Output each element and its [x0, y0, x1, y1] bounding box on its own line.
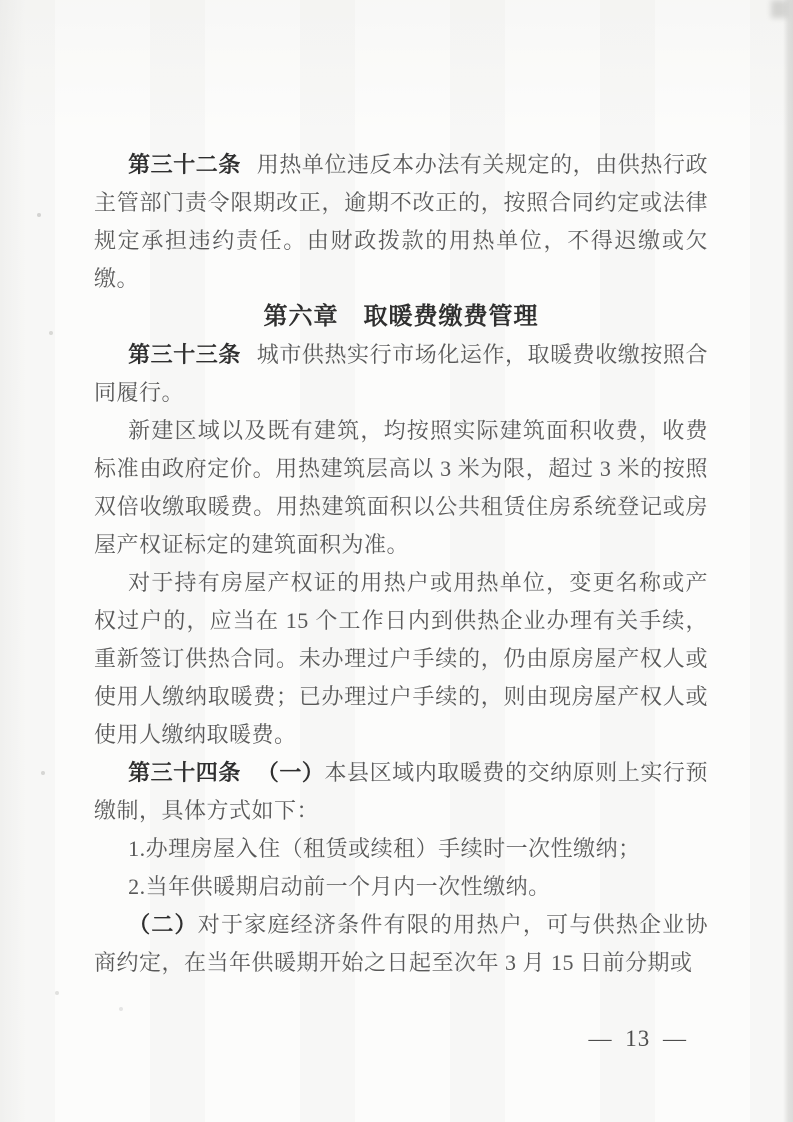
document-body: 第三十二条用热单位违反本办法有关规定的，由供热行政主管部门责令限期改正，逾期不改… [94, 146, 708, 982]
article-number: 第三十二条 [128, 152, 257, 177]
paragraph-text: 2.当年供暖期启动前一个月内一次性缴纳。 [128, 874, 551, 899]
chapter-heading: 第六章 取暖费缴费管理 [94, 298, 708, 336]
scan-noise-specks [0, 0, 2, 2]
scan-corner-artifact [771, 0, 787, 18]
scan-right-edge-shade [783, 0, 793, 1122]
paragraph-text: 1.办理房屋入住（租赁或续租）手续时一次性缴纳； [128, 836, 641, 861]
article-paragraph: 第三十三条城市供热实行市场化运作，取暖费收缴按照合同履行。 [94, 336, 708, 412]
article-number: 第三十四条 [128, 760, 257, 785]
list-item: 1.办理房屋入住（租赁或续租）手续时一次性缴纳； [94, 830, 708, 868]
article-number: 第三十三条 [128, 342, 257, 367]
paragraph-text: 对于持有房屋产权证的用热户或用热单位，变更名称或产权过户的，应当在 15 个工作… [94, 570, 708, 747]
list-item: 2.当年供暖期启动前一个月内一次性缴纳。 [94, 868, 708, 906]
article-paragraph: 第三十四条（一）本县区域内取暖费的交纳原则上实行预缴制，具体方式如下： [94, 754, 708, 830]
article-paragraph: 第三十二条用热单位违反本办法有关规定的，由供热行政主管部门责令限期改正，逾期不改… [94, 146, 708, 298]
clause-number: （一） [257, 760, 325, 785]
clause-number: （二） [128, 912, 198, 937]
page-number: — 13 — [589, 1026, 688, 1052]
paragraph-text: 新建区域以及既有建筑，均按照实际建筑面积收费，收费标准由政府定价。用热建筑层高以… [94, 418, 708, 557]
article-paragraph: 对于持有房屋产权证的用热户或用热单位，变更名称或产权过户的，应当在 15 个工作… [94, 564, 708, 754]
scan-left-edge-shade [0, 0, 26, 1122]
article-paragraph: 新建区域以及既有建筑，均按照实际建筑面积收费，收费标准由政府定价。用热建筑层高以… [94, 412, 708, 564]
scanned-document-page: 第三十二条用热单位违反本办法有关规定的，由供热行政主管部门责令限期改正，逾期不改… [0, 0, 793, 1122]
article-paragraph: （二）对于家庭经济条件有限的用热户，可与供热企业协商约定，在当年供暖期开始之日起… [94, 906, 708, 982]
